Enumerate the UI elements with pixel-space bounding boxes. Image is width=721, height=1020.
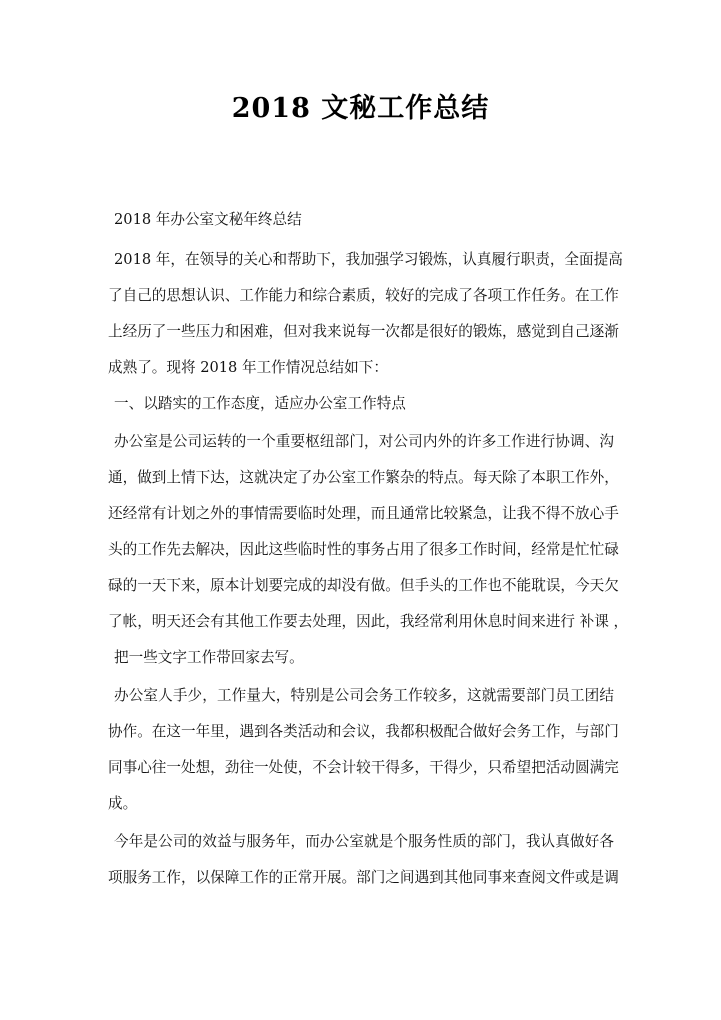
document-text-line: 上经历了一些压力和困难，但对我来说每一次都是很好的锻炼，感觉到自己逐渐 bbox=[108, 322, 614, 342]
document-text-line: 把一些文字工作带回家去写。 bbox=[114, 648, 614, 668]
document-title: 2018 文秘工作总结 bbox=[0, 86, 721, 125]
document-page: 2018 文秘工作总结 2018 年办公室文秘年终总结2018 年，在领导的关心… bbox=[0, 0, 721, 1020]
document-text-line: 办公室人手少，工作量大，特别是公司会务工作较多，这就需要部门员工团结 bbox=[114, 686, 614, 706]
document-text-line: 办公室是公司运转的一个重要枢纽部门，对公司内外的许多工作进行协调、沟 bbox=[114, 432, 614, 452]
document-text-line: 成。 bbox=[108, 794, 614, 814]
document-text-line: 2018 年，在领导的关心和帮助下，我加强学习锻炼，认真履行职责，全面提高 bbox=[114, 250, 614, 270]
document-text-line: 头的工作先去解决，因此这些临时性的事务占用了很多工作时间，经常是忙忙碌 bbox=[108, 540, 614, 560]
document-text-line: 一、以踏实的工作态度，适应办公室工作特点 bbox=[114, 394, 614, 414]
document-text-line: 项服务工作，以保障工作的正常开展。部门之间遇到其他同事来查阅文件或是调 bbox=[108, 868, 614, 888]
document-text-line: 通，做到上情下达，这就决定了办公室工作繁杂的特点。每天除了本职工作外， bbox=[108, 468, 614, 488]
document-text-line: 2018 年办公室文秘年终总结 bbox=[114, 210, 614, 230]
document-text-line: 协作。在这一年里，遇到各类活动和会议，我都积极配合做好会务工作，与部门 bbox=[108, 722, 614, 742]
document-text-line: 今年是公司的效益与服务年，而办公室就是个服务性质的部门，我认真做好各 bbox=[114, 832, 614, 852]
document-text-line: 了帐，明天还会有其他工作要去处理，因此，我经常利用休息时间来进行 补课 ， bbox=[108, 612, 614, 632]
document-text-line: 了自己的思想认识、工作能力和综合素质，较好的完成了各项工作任务。在工作 bbox=[108, 286, 614, 306]
document-text-line: 碌的一天下来，原本计划要完成的却没有做。但手头的工作也不能耽误，今天欠 bbox=[108, 576, 614, 596]
document-text-line: 还经常有计划之外的事情需要临时处理，而且通常比较紧急，让我不得不放心手 bbox=[108, 504, 614, 524]
document-text-line: 成熟了。现将 2018 年工作情况总结如下： bbox=[108, 358, 614, 378]
document-text-line: 同事心往一处想，劲往一处使，不会计较干得多，干得少，只希望把活动圆满完 bbox=[108, 758, 614, 778]
